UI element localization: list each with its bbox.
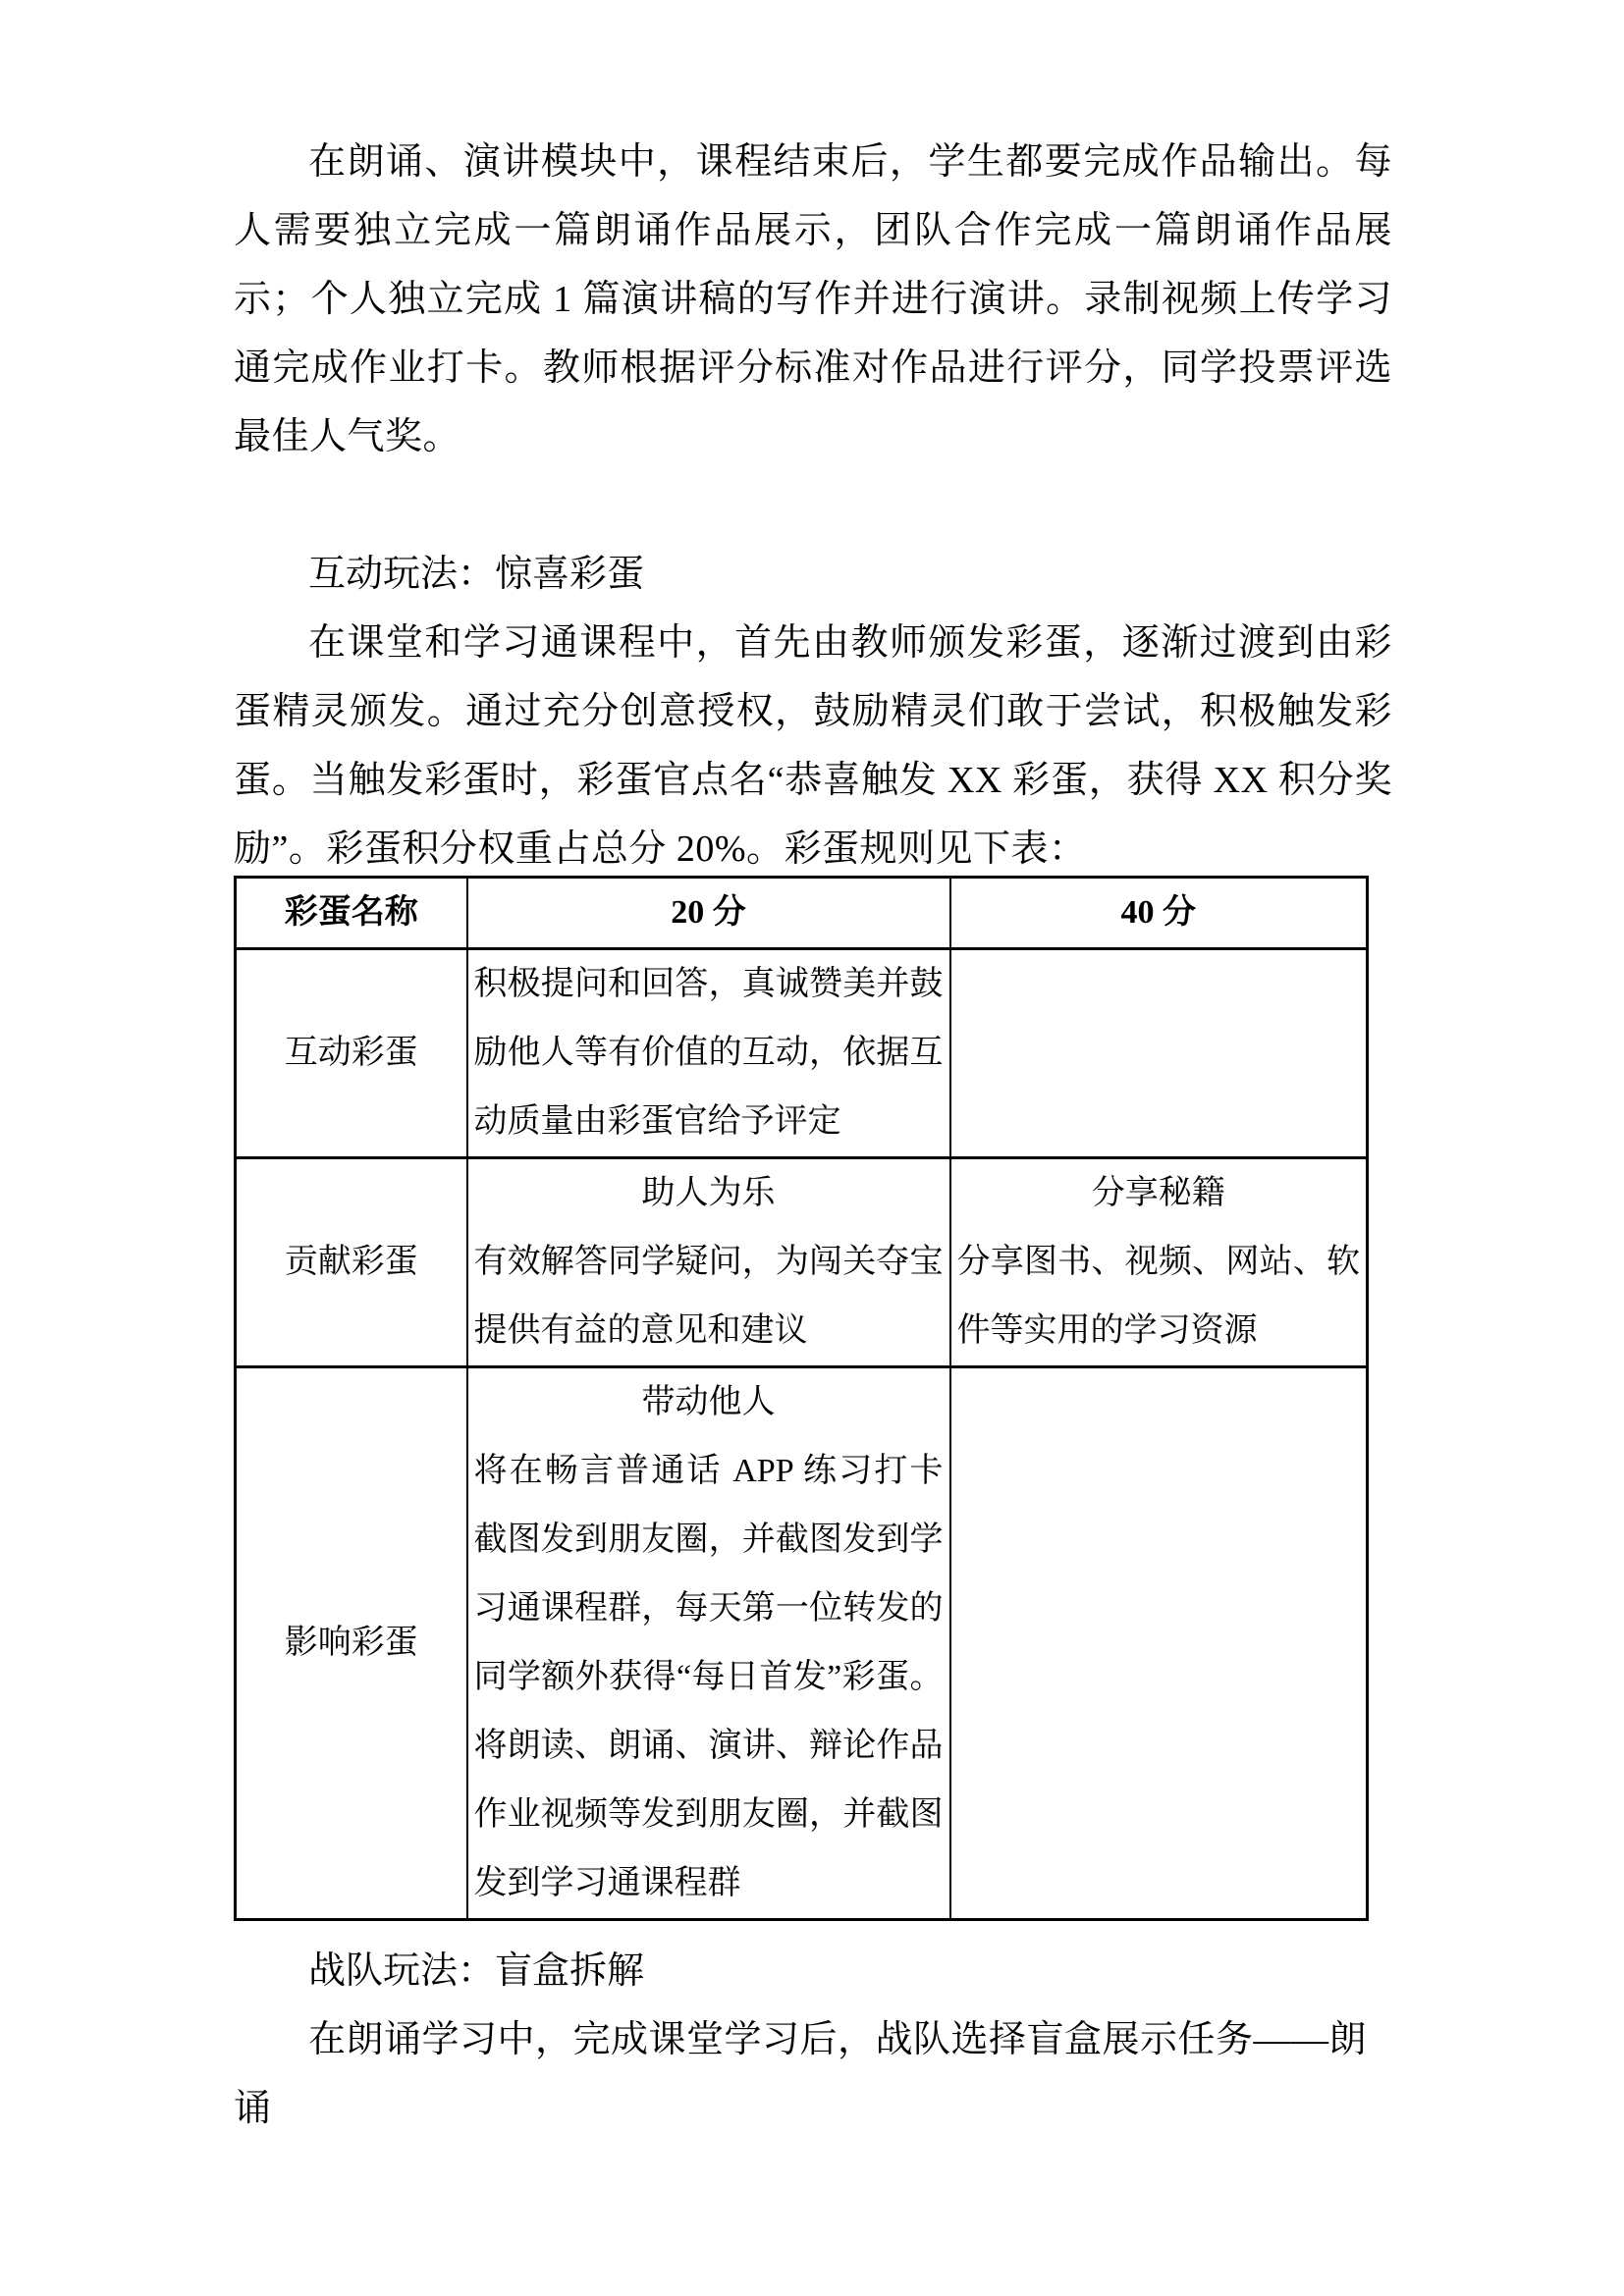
cell-interact-egg-40 <box>950 949 1368 1158</box>
table-row-contrib-egg: 贡献彩蛋 助人为乐 有效解答同学疑问，为闯关夺宝提供有益的意见和建议 分享秘籍 … <box>236 1158 1368 1367</box>
cell-interact-egg-20: 积极提问和回答，真诚赞美并鼓励他人等有价值的互动，依据互动质量由彩蛋官给予评定 <box>467 949 950 1158</box>
cell-contrib-egg-40: 分享秘籍 分享图书、视频、网站、软件等实用的学习资源 <box>950 1158 1368 1367</box>
document-page: 在朗诵、演讲模块中，课程结束后，学生都要完成作品输出。每人需要独立完成一篇朗诵作… <box>234 128 1392 2143</box>
cell-contrib-egg-20-title: 助人为乐 <box>474 1159 944 1228</box>
cell-influence-egg-20-title: 带动他人 <box>474 1368 944 1437</box>
cell-contrib-egg-40-body: 分享图书、视频、网站、软件等实用的学习资源 <box>957 1228 1361 1365</box>
paragraph-team-play: 在朗诵学习中，完成课堂学习后，战队选择盲盒展示任务——朗诵 <box>234 2005 1392 2143</box>
cell-contrib-egg-40-title: 分享秘籍 <box>957 1159 1361 1228</box>
paragraph-egg-intro: 在课堂和学习通课程中，首先由教师颁发彩蛋，逐渐过渡到由彩蛋精灵颁发。通过充分创意… <box>234 609 1392 883</box>
heading-interactive-play: 互动玩法：惊喜彩蛋 <box>234 540 1392 609</box>
cell-contrib-egg-20-body: 有效解答同学疑问，为闯关夺宝提供有益的意见和建议 <box>474 1228 944 1365</box>
cell-influence-egg-20: 带动他人 将在畅言普通话 APP 练习打卡截图发到朋友圈，并截图发到学习通课程群… <box>467 1367 950 1920</box>
cell-contrib-egg-name: 贡献彩蛋 <box>236 1158 467 1367</box>
cell-interact-egg-20-body: 积极提问和回答，真诚赞美并鼓励他人等有价值的互动，依据互动质量由彩蛋官给予评定 <box>474 950 944 1156</box>
cell-influence-egg-20-body: 将在畅言普通话 APP 练习打卡截图发到朋友圈，并截图发到学习通课程群，每天第一… <box>474 1437 944 1918</box>
header-egg-name: 彩蛋名称 <box>236 878 467 949</box>
table-row-influence-egg: 影响彩蛋 带动他人 将在畅言普通话 APP 练习打卡截图发到朋友圈，并截图发到学… <box>236 1367 1368 1920</box>
header-40-points: 40 分 <box>950 878 1368 949</box>
cell-interact-egg-name: 互动彩蛋 <box>236 949 467 1158</box>
table-header-row: 彩蛋名称 20 分 40 分 <box>236 878 1368 949</box>
cell-influence-egg-name: 影响彩蛋 <box>236 1367 467 1920</box>
heading-team-play: 战队玩法：盲盒拆解 <box>234 1937 1392 2005</box>
cell-contrib-egg-20: 助人为乐 有效解答同学疑问，为闯关夺宝提供有益的意见和建议 <box>467 1158 950 1367</box>
paragraph-work-output: 在朗诵、演讲模块中，课程结束后，学生都要完成作品输出。每人需要独立完成一篇朗诵作… <box>234 128 1392 471</box>
table-row-interact-egg: 互动彩蛋 积极提问和回答，真诚赞美并鼓励他人等有价值的互动，依据互动质量由彩蛋官… <box>236 949 1368 1158</box>
header-20-points: 20 分 <box>467 878 950 949</box>
cell-influence-egg-40 <box>950 1367 1368 1920</box>
egg-rules-table: 彩蛋名称 20 分 40 分 互动彩蛋 积极提问和回答，真诚赞美并鼓励他人等有价… <box>234 876 1369 1921</box>
